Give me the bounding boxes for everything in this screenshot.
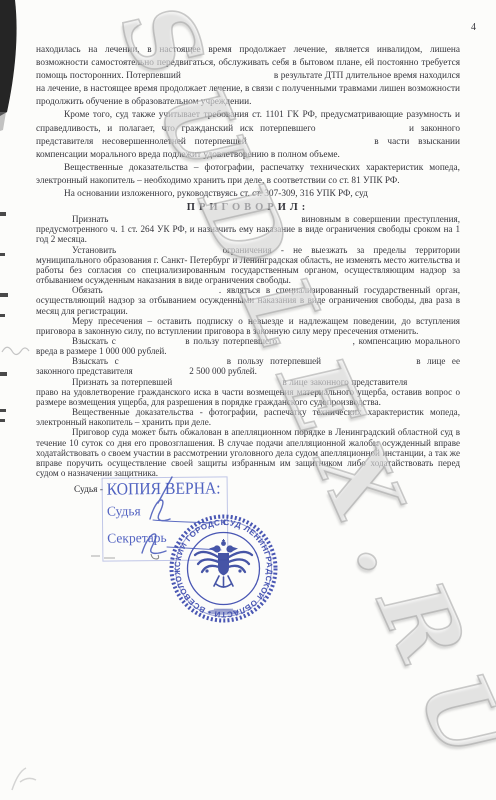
paragraph: На основании изложенного, руководствуясь…: [36, 188, 460, 201]
scan-artifact-gray: [0, 112, 6, 131]
scan-artifact-shadow: [0, 0, 17, 116]
stamp-judge-label: Судья: [107, 503, 141, 518]
redacted-name-gap: [183, 77, 271, 78]
paragraph: Обязать . являться в специализированный …: [36, 285, 460, 315]
redacted-name-gap: [281, 343, 349, 344]
document-body: находилась на лечении, в настоящее время…: [36, 44, 460, 496]
scan-artifact-ticks: [0, 212, 8, 422]
page-number: 4: [471, 22, 476, 33]
paragraph: Установить ограничения - не выезжать за …: [36, 245, 460, 286]
paragraph: Признать виновным в совершении преступле…: [36, 214, 460, 244]
redacted-name-gap: [175, 384, 280, 385]
paragraph: Признать за потерпевшей в лице законного…: [36, 377, 460, 407]
paragraph: Кроме того, суд также учитывает требован…: [36, 109, 460, 161]
redacted-name-gap: [256, 143, 366, 144]
paragraph: Взыскать с в пользу потерпевшего , компе…: [36, 336, 460, 356]
redacted-name-gap: [108, 292, 213, 293]
redacted-name-gap: [135, 373, 187, 374]
pencil-margin-mark: [2, 347, 29, 354]
court-seal: СУД ЛЕНИНГРАДСКОЙ ОБЛАСТИ • ВСЕВОЛОЖСКИЙ…: [167, 512, 280, 625]
pencil-corner-mark: [12, 768, 36, 790]
double-headed-eagle-icon: [195, 539, 252, 587]
stamp-title: КОПИЯ ВЕРНА:: [107, 478, 221, 499]
seal-bottom-text-smudge: [214, 609, 233, 611]
redacted-name-gap: [328, 363, 410, 364]
paragraph: находилась на лечении, в настоящее время…: [36, 44, 460, 109]
paragraph: Вещественные доказательства – фотографии…: [36, 162, 460, 188]
redacted-name-gap: [410, 384, 460, 385]
paragraph: Вещественные доказательства - фотографии…: [36, 407, 460, 427]
scanned-court-verdict-page: 4 находилась на лечении, в настоящее вре…: [0, 0, 496, 800]
redacted-name-gap: [125, 252, 213, 253]
redacted-name-gap: [112, 221, 297, 222]
paragraph: Взыскать с в пользу потерпевшей в лице е…: [36, 356, 460, 376]
redacted-name-gap: [322, 130, 402, 131]
stamp-secretary-label: Секретарь: [107, 530, 167, 546]
redacted-name-gap: [120, 343, 182, 344]
verdict-heading: ПРИГОВОРИЛ:: [36, 201, 460, 214]
paragraph: Меру пресечения – оставить подписку о не…: [36, 316, 460, 336]
redacted-name-gap: [125, 363, 220, 364]
paragraph: Приговор суда может быть обжалован в апе…: [36, 427, 460, 478]
operative-paragraphs: Признать виновным в совершении преступле…: [36, 214, 460, 478]
intro-paragraphs: находилась на лечении, в настоящее время…: [36, 44, 460, 201]
